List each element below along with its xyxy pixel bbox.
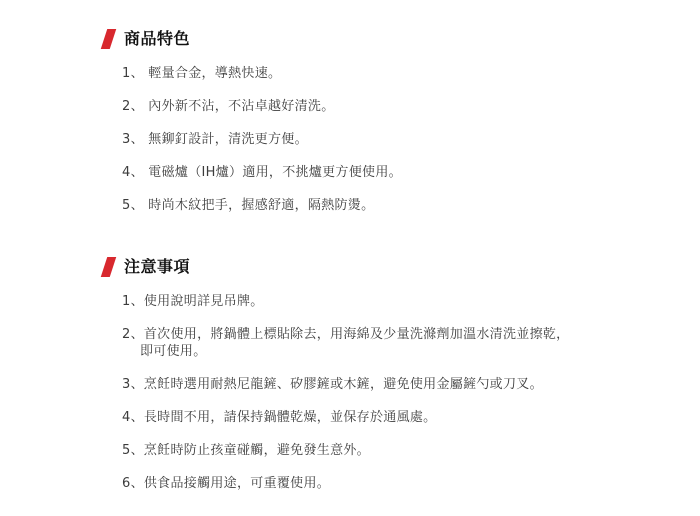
- precaution-item: 2、首次使用，將鍋體上標貼除去，用海綿及少量洗滌劑加溫水清洗並擦乾，即可使用。: [122, 326, 574, 360]
- precaution-item: 3、烹飪時選用耐熱尼龍鏟、矽膠鏟或木鏟，避免使用金屬鏟勺或刀叉。: [122, 376, 574, 393]
- section-header: 注意事項: [104, 256, 660, 278]
- precaution-item: 4、長時間不用，請保持鍋體乾燥，並保存於通風處。: [122, 409, 574, 426]
- feature-item: 1、 輕量合金，導熱快速。: [122, 65, 660, 82]
- precaution-item: 1、使用說明詳見吊牌。: [122, 293, 574, 310]
- red-slash-icon: [101, 257, 116, 277]
- precaution-item: 6、供食品接觸用途，可重覆使用。: [122, 475, 574, 492]
- section-product-features: 商品特色 1、 輕量合金，導熱快速。 2、 內外新不沾，不沾卓越好清洗。 3、 …: [104, 28, 660, 214]
- feature-item: 5、 時尚木紋把手，握感舒適，隔熱防燙。: [122, 197, 660, 214]
- feature-item: 4、 電磁爐（IH爐）適用，不挑爐更方便使用。: [122, 164, 660, 181]
- feature-item: 3、 無鉚釘設計，清洗更方便。: [122, 131, 660, 148]
- section-header: 商品特色: [104, 28, 660, 50]
- feature-list: 1、 輕量合金，導熱快速。 2、 內外新不沾，不沾卓越好清洗。 3、 無鉚釘設計…: [122, 65, 660, 214]
- feature-item: 2、 內外新不沾，不沾卓越好清洗。: [122, 98, 660, 115]
- precaution-item: 5、烹飪時防止孩童碰觸，避免發生意外。: [122, 442, 574, 459]
- section-precautions: 注意事項 1、使用說明詳見吊牌。 2、首次使用，將鍋體上標貼除去，用海綿及少量洗…: [104, 256, 660, 492]
- section-title-product-features: 商品特色: [124, 28, 190, 50]
- section-title-precautions: 注意事項: [124, 256, 190, 278]
- precaution-list: 1、使用說明詳見吊牌。 2、首次使用，將鍋體上標貼除去，用海綿及少量洗滌劑加溫水…: [122, 293, 574, 492]
- red-slash-icon: [101, 29, 116, 49]
- product-detail-page: 商品特色 1、 輕量合金，導熱快速。 2、 內外新不沾，不沾卓越好清洗。 3、 …: [0, 0, 700, 516]
